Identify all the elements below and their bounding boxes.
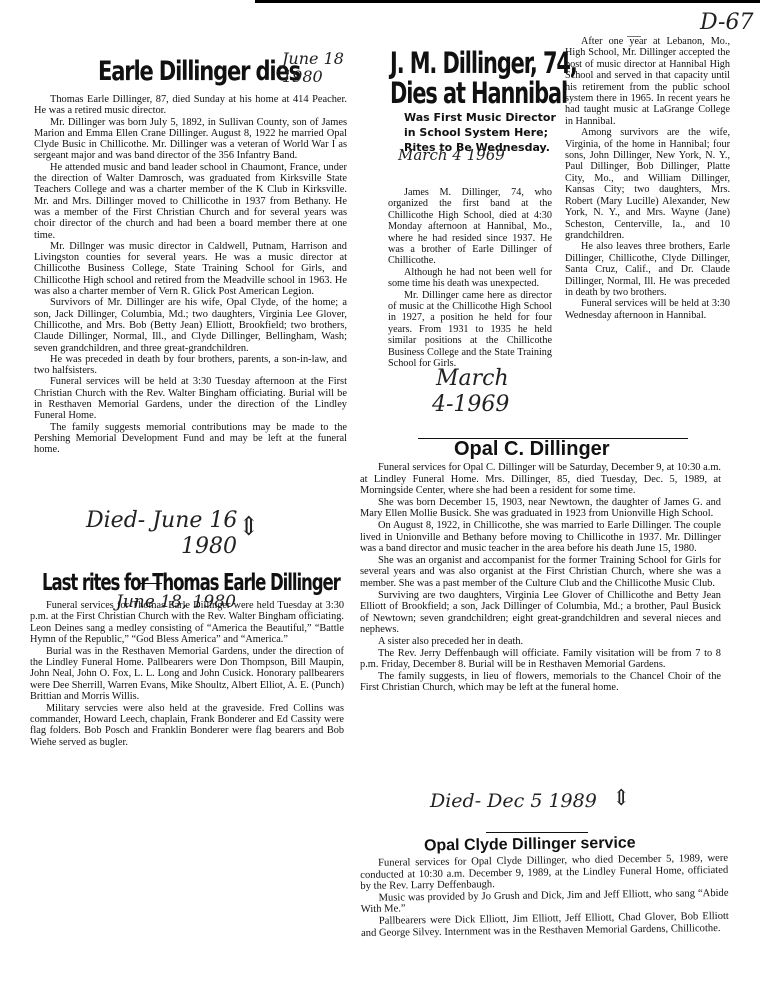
- jm-handwritten-note: March 4-1969: [436, 366, 509, 418]
- paragraph: Burial was in the Resthaven Memorial Gar…: [30, 646, 344, 703]
- arrow-icon: ⇕: [612, 786, 630, 811]
- last-rites-body: Funeral services for Thomas Earle Dillin…: [30, 600, 344, 748]
- paragraph: Funeral services for Opal Clyde Dillinge…: [360, 853, 728, 893]
- paragraph: Military servcies were also held at the …: [30, 703, 344, 749]
- paragraph: Mr. Dillnger was music director in Caldw…: [34, 241, 347, 297]
- earle-dies-headline: Earle Dillinger dies: [98, 56, 300, 87]
- paragraph: Among survivors are the wife, Virginia, …: [565, 127, 730, 241]
- note-line: 1980: [86, 534, 237, 560]
- jm-headline-line2: Dies at Hannibal: [390, 76, 567, 110]
- opal-died-handwritten-note: Died- Dec 5 1989: [430, 790, 597, 812]
- paragraph: The family suggests memorial contributio…: [34, 422, 347, 456]
- opal-service-body: Funeral services for Opal Clyde Dillinge…: [360, 853, 729, 939]
- opal-c-headline: Opal C. Dillinger: [454, 438, 610, 461]
- paragraph: On August 8, 1922, in Chillicothe, she w…: [360, 520, 721, 555]
- paragraph: Pallbearers were Dick Elliott, Jim Ellio…: [361, 911, 729, 939]
- opal-c-body: Funeral services for Opal C. Dillinger w…: [360, 462, 721, 694]
- paragraph: James M. Dillinger, 74, who organized th…: [388, 187, 552, 267]
- page-note: D-67: [700, 10, 753, 35]
- jm-body-column-2: After one year at Lebanon, Mo., High Sch…: [565, 36, 730, 321]
- paragraph: She was an organist and accompanist for …: [360, 555, 721, 590]
- paragraph: Funeral services for Opal C. Dillinger w…: [360, 462, 721, 497]
- paragraph: She was born December 15, 1903, near New…: [360, 497, 721, 520]
- paragraph: Funeral services for Thomas Earle Dillin…: [30, 600, 344, 646]
- jm-headline-line1: J. M. Dillinger, 74,: [390, 46, 577, 80]
- opal-service-headline: Opal Clyde Dillinger service: [424, 835, 636, 856]
- paragraph: Surviving are two daughters, Virginia Le…: [360, 590, 721, 636]
- subhead-line: Was First Music Director: [404, 110, 556, 125]
- paragraph: Funeral services will be held at 3:30 Tu…: [34, 376, 347, 421]
- paragraph: The family suggests, in lieu of flowers,…: [360, 671, 721, 694]
- paragraph: After one year at Lebanon, Mo., High Sch…: [565, 36, 730, 127]
- paragraph: He was preceded in death by four brother…: [34, 354, 347, 377]
- arrow-icon: ⇕: [238, 512, 260, 542]
- handwritten-date-text: June 18 1980: [282, 49, 344, 86]
- jm-body-column-1: James M. Dillinger, 74, who organized th…: [388, 187, 552, 370]
- paragraph: The Rev. Jerry Deffenbaugh will officiat…: [360, 648, 721, 671]
- subhead-line: in School System Here;: [404, 125, 556, 140]
- paragraph: Survivors of Mr. Dillinger are his wife,…: [34, 297, 347, 353]
- note-line: 4-1969: [432, 392, 509, 418]
- top-scan-edge: [255, 0, 760, 3]
- paragraph: Mr. Dillinger came here as director of m…: [388, 290, 552, 370]
- paragraph: A sister also preceded her in death.: [360, 636, 721, 648]
- paragraph: He attended music and band leader school…: [34, 162, 347, 241]
- paragraph: Thomas Earle Dillinger, 87, died Sunday …: [34, 94, 347, 117]
- paragraph: Funeral services will be held at 3:30 We…: [565, 298, 730, 321]
- note-line: March: [436, 366, 509, 392]
- paragraph: Mr. Dillinger was born July 5, 1892, in …: [34, 117, 347, 162]
- paragraph: Although he had not been well for some t…: [388, 267, 552, 290]
- earle-dies-body: Thomas Earle Dillinger, 87, died Sunday …: [34, 94, 347, 456]
- earle-died-handwritten-note: Died- June 16 1980: [86, 508, 237, 560]
- note-line: Died- June 16: [86, 508, 237, 534]
- headline-rule: [486, 832, 588, 833]
- paragraph: He also leaves three brothers, Earle Dil…: [565, 241, 730, 298]
- earle-dies-handwritten-date: June 18 1980: [282, 50, 372, 86]
- jm-handwritten-date: March 4 1969: [398, 146, 505, 164]
